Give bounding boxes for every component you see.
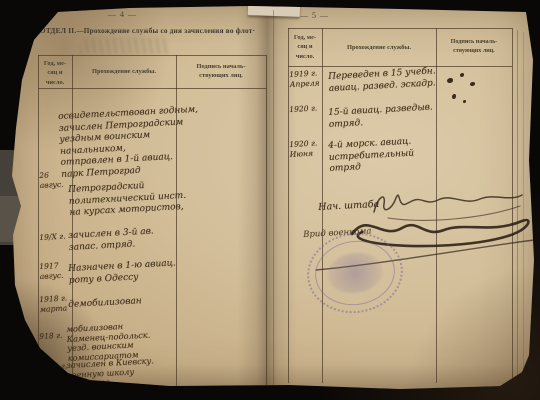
ink-blot — [460, 73, 464, 77]
header-divider-line — [288, 66, 512, 67]
page-number-right: — 5 — — [300, 11, 329, 20]
entry-text: Назначен в 1-ю авиац. роту в Одессу — [68, 257, 199, 287]
header-divider-line — [38, 88, 266, 89]
pencil-smudge — [80, 38, 170, 54]
column-header-service: Прохождение службы. — [324, 43, 434, 52]
entry-text: демобилизован — [68, 294, 188, 312]
section-title: ОТДЕЛ II.—Прохождение службы со дня зачи… — [40, 27, 255, 35]
page-edge-line — [273, 10, 274, 385]
page-number-left: — 4 — — [108, 10, 137, 19]
table-border-right — [266, 55, 267, 388]
ink-blot — [470, 82, 475, 86]
ink-blot — [463, 100, 466, 103]
entry-date: 1920 г. — [289, 103, 323, 115]
entry-date: 26 авгус. — [39, 169, 72, 191]
column-header-signature: Подпись началь- ствующих лиц. — [437, 38, 511, 56]
entry-date: 1919 г. Апреля — [289, 68, 324, 90]
column-header-service: Прохождение службы. — [74, 67, 174, 76]
entry-text: зачислен в 3-й ав. запас. отряд. — [68, 225, 189, 254]
column-header-date: Год, ме- сяц и число. — [289, 33, 321, 61]
scanned-service-record-photo: — 4 — ОТДЕЛ II.—Прохождение службы со дн… — [0, 0, 540, 400]
ink-blot — [452, 94, 456, 99]
entry-text: освидетельствован годным, зачислен Петро… — [58, 102, 261, 181]
column-header-signature: Подпись началь- ствующих лиц. — [177, 62, 265, 81]
paper-tear — [248, 0, 301, 17]
entry-text: Петроградский политехнический инст. на к… — [68, 178, 200, 219]
column-header-date: Год, ме- сяц и число. — [39, 59, 71, 87]
entry-text: зачислен в Киевску. военную школу летчик… — [66, 355, 182, 390]
entry-text: 4-й морск. авиац. истребительный отряд — [328, 134, 455, 175]
entry-date: 1920 г. Июня — [289, 138, 324, 160]
record-book-spread: — 4 — ОТДЕЛ II.—Прохождение службы со дн… — [0, 0, 540, 400]
